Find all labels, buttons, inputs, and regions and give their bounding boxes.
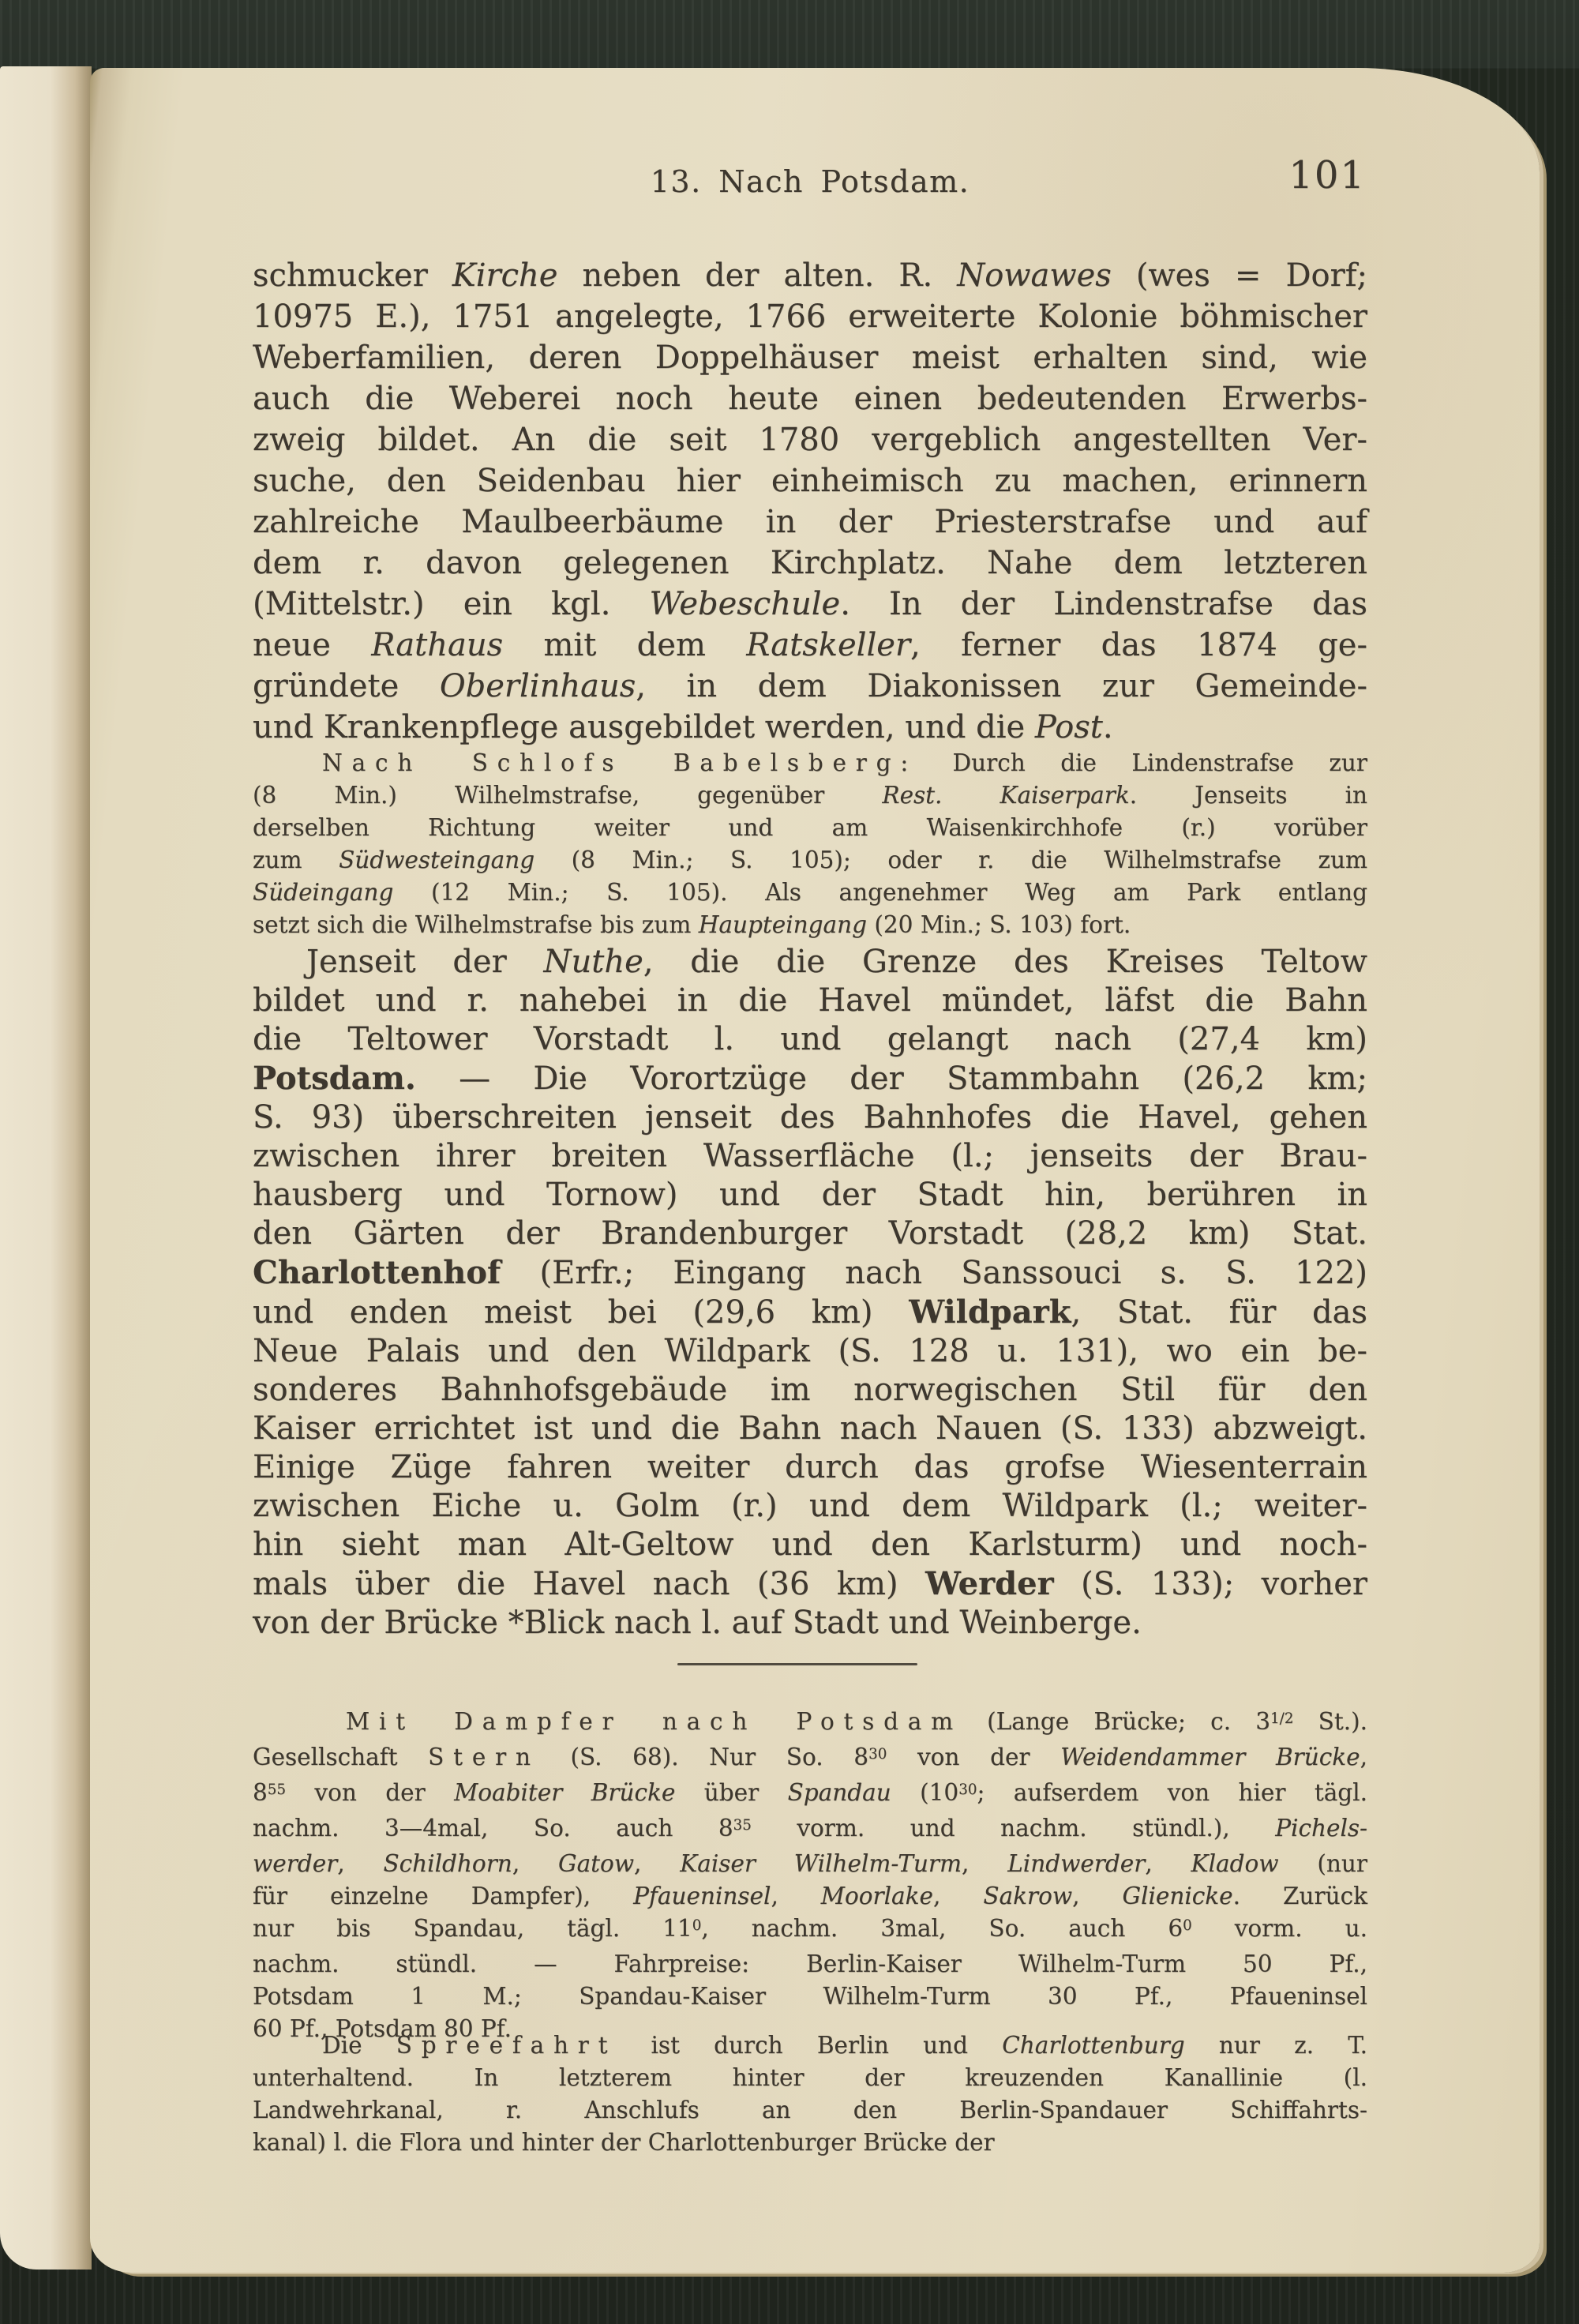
text-segment: (S. 68). Nur So. 8 [540,1744,868,1770]
text-line: (8 Min.) Wilhelmstrafse, gegenüber Rest.… [253,779,1367,812]
text-line: zweig bildet. An die seit 1780 vergeblic… [253,419,1367,460]
text-segment: 8 [253,1779,268,1806]
text-segment: Pichels- [1275,1815,1367,1842]
text-segment: Potsdam. [253,1060,416,1097]
text-segment: 55 [268,1781,286,1798]
text-segment: Landwehrkanal, r. Anschlufs an den Berli… [253,2097,1367,2123]
text-segment: (Lange Brücke; c. 3 [962,1708,1270,1735]
text-line: derselben Richtung weiter und am Waisenk… [253,812,1367,844]
text-line: dem r. davon gelegenen Kirchplatz. Nahe … [253,543,1367,584]
text-segment: neben der alten. R. [557,257,957,294]
text-line: Einige Züge fahren weiter durch das grof… [253,1448,1367,1487]
text-segment: , [512,1850,558,1877]
text-segment: 0 [1183,1917,1192,1934]
text-segment: (Mittelstr.) ein kgl. [253,586,650,622]
text-line: von der Brücke *Blick nach l. auf Stadt … [253,1604,1367,1643]
text-segment: zwischen ihrer breiten Wasserfläche (l.;… [253,1138,1367,1174]
text-line: Nach Schlofs Babelsberg: Durch die Linde… [253,747,1367,779]
text-segment: , [933,1883,983,1909]
text-segment: Spandau [788,1779,891,1806]
text-segment: Charlottenburg [1002,2032,1185,2059]
text-segment: zweig bildet. An die seit 1780 vergeblic… [253,422,1367,458]
text-line: auch die Weberei noch heute einen bedeut… [253,378,1367,419]
text-segment: hausberg und Tornow) und der Stadt hin, … [253,1177,1367,1213]
text-segment: Ratskeller [746,627,910,663]
facing-page-edge [0,66,92,2270]
text-segment: mals über die Havel nach (36 km) [253,1566,925,1602]
text-segment: , in dem Diakonissen zur Gemeinde- [636,668,1367,704]
text-segment: , [771,1883,820,1909]
text-segment: Moorlake [821,1883,933,1909]
text-segment: Wildpark [909,1293,1071,1331]
text-segment: Lindwerder [1007,1850,1145,1877]
text-segment: über [675,1779,787,1806]
text-line: nachm. 3—4mal, So. auch 835 vorm. und na… [253,1812,1367,1848]
text-segment: auch die Weberei noch heute einen bedeut… [253,381,1367,417]
text-segment: Pfaueninsel [633,1883,771,1909]
text-line: Charlottenhof (Erfr.; Eingang nach Sanss… [253,1253,1367,1293]
text-segment: (8 Min.; S. 105); oder r. die Wilhelmstr… [534,847,1367,873]
text-segment: Jenseit der [306,944,544,980]
text-segment: zum [253,847,339,873]
text-segment: gründete [253,668,440,704]
text-line: hausberg und Tornow) und der Stadt hin, … [253,1176,1367,1215]
text-line: kanal) l. die Flora und hinter der Charl… [253,2127,1367,2159]
text-segment: vorm. und nachm. stündl.), [752,1815,1275,1842]
text-segment: — Die Vorortzüge der Stammbahn (26,2 km; [416,1061,1367,1097]
text-segment: (20 Min.; S. 103) fort. [867,911,1131,938]
text-segment: und Krankenpflege ausgebildet werden, un… [253,709,1035,745]
text-segment: Durch die Lindenstrafse zur [917,749,1367,776]
text-segment: Moabiter Brücke [454,1779,675,1806]
chapter-title: 13. Nach Potsdam. [253,164,1367,199]
text-segment: Kaiser errichtet ist und die Bahn nach N… [253,1410,1367,1447]
text-segment: Glienicke [1122,1883,1232,1909]
page-number: 101 [1288,153,1366,197]
text-segment: , nachm. 3mal, So. auch 6 [701,1915,1183,1942]
text-line: den Gärten der Brandenburger Vorstadt (2… [253,1215,1367,1253]
text-line: hin sieht man Alt-Geltow und den Karlstu… [253,1526,1367,1564]
text-segment: (10 [891,1779,958,1806]
text-segment: , ferner das 1874 ge- [910,627,1367,663]
text-segment: von der [887,1744,1060,1770]
text-segment: , [962,1850,1007,1877]
text-segment: werder [253,1850,337,1877]
text-segment: und enden meist bei (29,6 km) [253,1294,909,1331]
text-segment: derselben Richtung weiter und am Waisenk… [253,814,1367,841]
text-segment: Kaiser Wilhelm-Turm [680,1850,962,1877]
text-line: unterhaltend. In letzterem hinter der kr… [253,2062,1367,2094]
book-page: 13. Nach Potsdam. 101 schmucker Kirche n… [90,68,1540,2273]
text-segment: Spreefahrt [396,2032,617,2059]
text-segment: ist durch Berlin und [617,2032,1002,2059]
text-line: 10975 E.), 1751 angelegte, 1766 erweiter… [253,296,1367,337]
text-line: Potsdam. — Die Vorortzüge der Stammbahn … [253,1059,1367,1098]
text-segment: Nuthe [544,944,643,980]
text-segment: . [1103,709,1113,745]
text-segment: von der Brücke *Blick nach l. auf Stadt … [253,1605,1142,1641]
text-segment: Weberfamilien, deren Doppelhäuser meist … [253,340,1367,376]
text-segment: unterhaltend. In letzterem hinter der kr… [253,2064,1367,2091]
text-segment: Stern [428,1744,540,1770]
text-segment: Südeingang [253,879,393,906]
text-segment: Die [322,2032,396,2059]
text-segment: (12 Min.; S. 105). Als angenehmer Weg am… [393,879,1367,906]
text-segment: mit dem [503,627,746,663]
text-segment: für einzelne Dampfer), [253,1883,633,1909]
text-segment: zahlreiche Maulbeerbäume in der Priester… [253,504,1367,540]
text-segment: Haupteingang [699,911,867,938]
text-line: Weberfamilien, deren Doppelhäuser meist … [253,337,1367,378]
text-line: Kaiser errichtet ist und die Bahn nach N… [253,1410,1367,1448]
text-line: (Mittelstr.) ein kgl. Webeschule. In der… [253,584,1367,625]
text-line: nur bis Spandau, tägl. 110, nachm. 3mal,… [253,1913,1367,1948]
text-line: zwischen Eiche u. Golm (r.) und dem Wild… [253,1487,1367,1526]
text-segment: , [1145,1850,1191,1877]
text-segment: 10975 E.), 1751 angelegte, 1766 erweiter… [253,298,1367,335]
text-line: die Teltower Vorstadt l. und gelangt nac… [253,1020,1367,1059]
text-segment: Kladow [1191,1850,1279,1877]
text-segment: 30 [958,1781,977,1798]
text-segment: (8 Min.) Wilhelmstrafse, gegenüber [253,782,882,809]
text-segment: 30 [868,1746,887,1763]
text-segment: sonderes Bahnhofsgebäude im norwegischen… [253,1372,1367,1408]
text-segment: , Stat. für das [1071,1294,1367,1331]
text-segment: den Gärten der Brandenburger Vorstadt (2… [253,1215,1367,1252]
text-line: mals über die Havel nach (36 km) Werder … [253,1564,1367,1604]
text-segment: 0 [692,1917,702,1934]
text-segment: Rest. Kaiserpark [882,782,1129,809]
text-segment: Gatow [558,1850,634,1877]
text-line: Potsdam 1 M.; Spandau-Kaiser Wilhelm-Tur… [253,1980,1367,2013]
text-segment: setzt sich die Wilhelmstrafse bis zum [253,911,699,938]
text-segment: nachm. 3—4mal, So. auch 8 [253,1815,733,1842]
text-segment: Nach Schlofs Babelsberg: [322,749,917,776]
text-segment: dem r. davon gelegenen Kirchplatz. Nahe … [253,545,1367,581]
text-segment: Weidendammer Brücke [1060,1744,1360,1770]
text-segment: nur z. T. [1185,2032,1367,2059]
text-line: 855 von der Moabiter Brücke über Spandau… [253,1777,1367,1812]
text-line: suche, den Seidenbau hier einheimisch zu… [253,460,1367,501]
text-segment: nur bis Spandau, tägl. 11 [253,1915,692,1942]
text-line: zum Südwesteingang (8 Min.; S. 105); ode… [253,844,1367,877]
text-segment: (nur [1279,1850,1367,1877]
text-segment: Werder [925,1565,1054,1602]
footnote-spreefahrt: Die Spreefahrt ist durch Berlin und Char… [253,2029,1367,2159]
running-header: 13. Nach Potsdam. 101 [253,150,1367,213]
text-segment: St.). [1293,1708,1367,1735]
text-segment: 1/2 [1270,1710,1293,1727]
paragraph-nuthe-potsdam: Jenseit der Nuthe, die die Grenze des Kr… [253,943,1367,1643]
text-line: zwischen ihrer breiten Wasserfläche (l.;… [253,1137,1367,1176]
text-line: S. 93) überschreiten jenseit des Bahnhof… [253,1098,1367,1137]
text-line: Neue Palais und den Wildpark (S. 128 u. … [253,1332,1367,1371]
text-line: Mit Dampfer nach Potsdam (Lange Brücke; … [253,1706,1367,1741]
text-segment: , [634,1850,680,1877]
text-line: neue Rathaus mit dem Ratskeller, ferner … [253,625,1367,666]
text-segment: (wes = Dorf; [1112,257,1367,294]
text-segment: , die die Grenze des Kreises Teltow [643,944,1367,980]
text-segment: die Teltower Vorstadt l. und gelangt nac… [253,1021,1367,1057]
text-line: schmucker Kirche neben der alten. R. Now… [253,255,1367,296]
text-segment: Südwesteingang [339,847,534,873]
text-segment: ; aufserdem von hier tägl. [977,1779,1367,1806]
text-line: und Krankenpflege ausgebildet werden, un… [253,707,1367,748]
text-segment: bildet und r. nahebei in die Havel münde… [253,982,1367,1019]
text-segment: Charlottenhof [253,1254,501,1291]
footnote-dampfer: Mit Dampfer nach Potsdam (Lange Brücke; … [253,1706,1367,2045]
text-segment: Oberlinhaus [440,668,636,704]
text-line: zahlreiche Maulbeerbäume in der Priester… [253,501,1367,543]
text-segment: Sakrow [983,1883,1072,1909]
text-segment: Potsdam 1 M.; Spandau-Kaiser Wilhelm-Tur… [253,1983,1367,2010]
text-segment: Rathaus [371,627,503,663]
text-segment: Nowawes [957,257,1112,294]
text-segment: schmucker [253,257,452,294]
text-line: Südeingang (12 Min.; S. 105). Als angene… [253,877,1367,909]
text-segment: Mit Dampfer nach Potsdam [346,1708,962,1735]
section-divider-rule [677,1663,917,1665]
text-segment: nachm. stündl. — Fahrpreise: Berlin-Kais… [253,1950,1367,1977]
text-segment: Post [1035,709,1103,745]
text-line: Landwehrkanal, r. Anschlufs an den Berli… [253,2094,1367,2127]
text-segment: (S. 133); vorher [1054,1566,1367,1602]
text-line: bildet und r. nahebei in die Havel münde… [253,982,1367,1020]
text-segment: neue [253,627,371,663]
text-line: nachm. stündl. — Fahrpreise: Berlin-Kais… [253,1948,1367,1980]
text-line: gründete Oberlinhaus, in dem Diakonissen… [253,666,1367,707]
text-segment: , [337,1850,383,1877]
text-segment: 35 [733,1817,752,1834]
text-line: und enden meist bei (29,6 km) Wildpark, … [253,1293,1367,1332]
text-segment: Kirche [452,257,558,294]
text-line: Gesellschaft Stern (S. 68). Nur So. 830 … [253,1741,1367,1777]
text-segment: Schildhorn [383,1850,512,1877]
text-line: Die Spreefahrt ist durch Berlin und Char… [253,2029,1367,2062]
text-line: setzt sich die Wilhelmstrafse bis zum Ha… [253,909,1367,941]
text-line: werder, Schildhorn, Gatow, Kaiser Wilhel… [253,1848,1367,1880]
text-segment: S. 93) überschreiten jenseit des Bahnhof… [253,1099,1367,1136]
text-segment: Neue Palais und den Wildpark (S. 128 u. … [253,1333,1367,1369]
text-segment: von der [286,1779,454,1806]
text-line: sonderes Bahnhofsgebäude im norwegischen… [253,1371,1367,1410]
text-line: Jenseit der Nuthe, die die Grenze des Kr… [253,943,1367,982]
text-segment: . In der Lindenstrafse das [840,586,1367,622]
text-segment: . Jenseits in [1130,782,1367,809]
text-segment: Webeschule [650,586,841,622]
text-segment: Gesellschaft [253,1744,428,1770]
text-segment: (Erfr.; Eingang nach Sanssouci s. S. 122… [501,1255,1367,1291]
paragraph-intro-continuation: schmucker Kirche neben der alten. R. Now… [253,255,1367,748]
paragraph-babelsberg-note: Nach Schlofs Babelsberg: Durch die Linde… [253,747,1367,941]
text-segment: , [1072,1883,1122,1909]
text-segment: hin sieht man Alt-Geltow und den Karlstu… [253,1526,1367,1563]
text-segment: kanal) l. die Flora und hinter der Charl… [253,2129,995,2156]
text-column: 13. Nach Potsdam. 101 schmucker Kirche n… [253,68,1367,2273]
text-line: für einzelne Dampfer), Pfaueninsel, Moor… [253,1880,1367,1913]
text-segment: zwischen Eiche u. Golm (r.) und dem Wild… [253,1488,1367,1524]
text-segment: . Zurück [1233,1883,1367,1909]
text-segment: vorm. u. [1192,1915,1367,1942]
text-segment: suche, den Seidenbau hier einheimisch zu… [253,463,1367,499]
text-segment: Einige Züge fahren weiter durch das grof… [253,1449,1367,1485]
text-segment: , [1360,1744,1367,1770]
